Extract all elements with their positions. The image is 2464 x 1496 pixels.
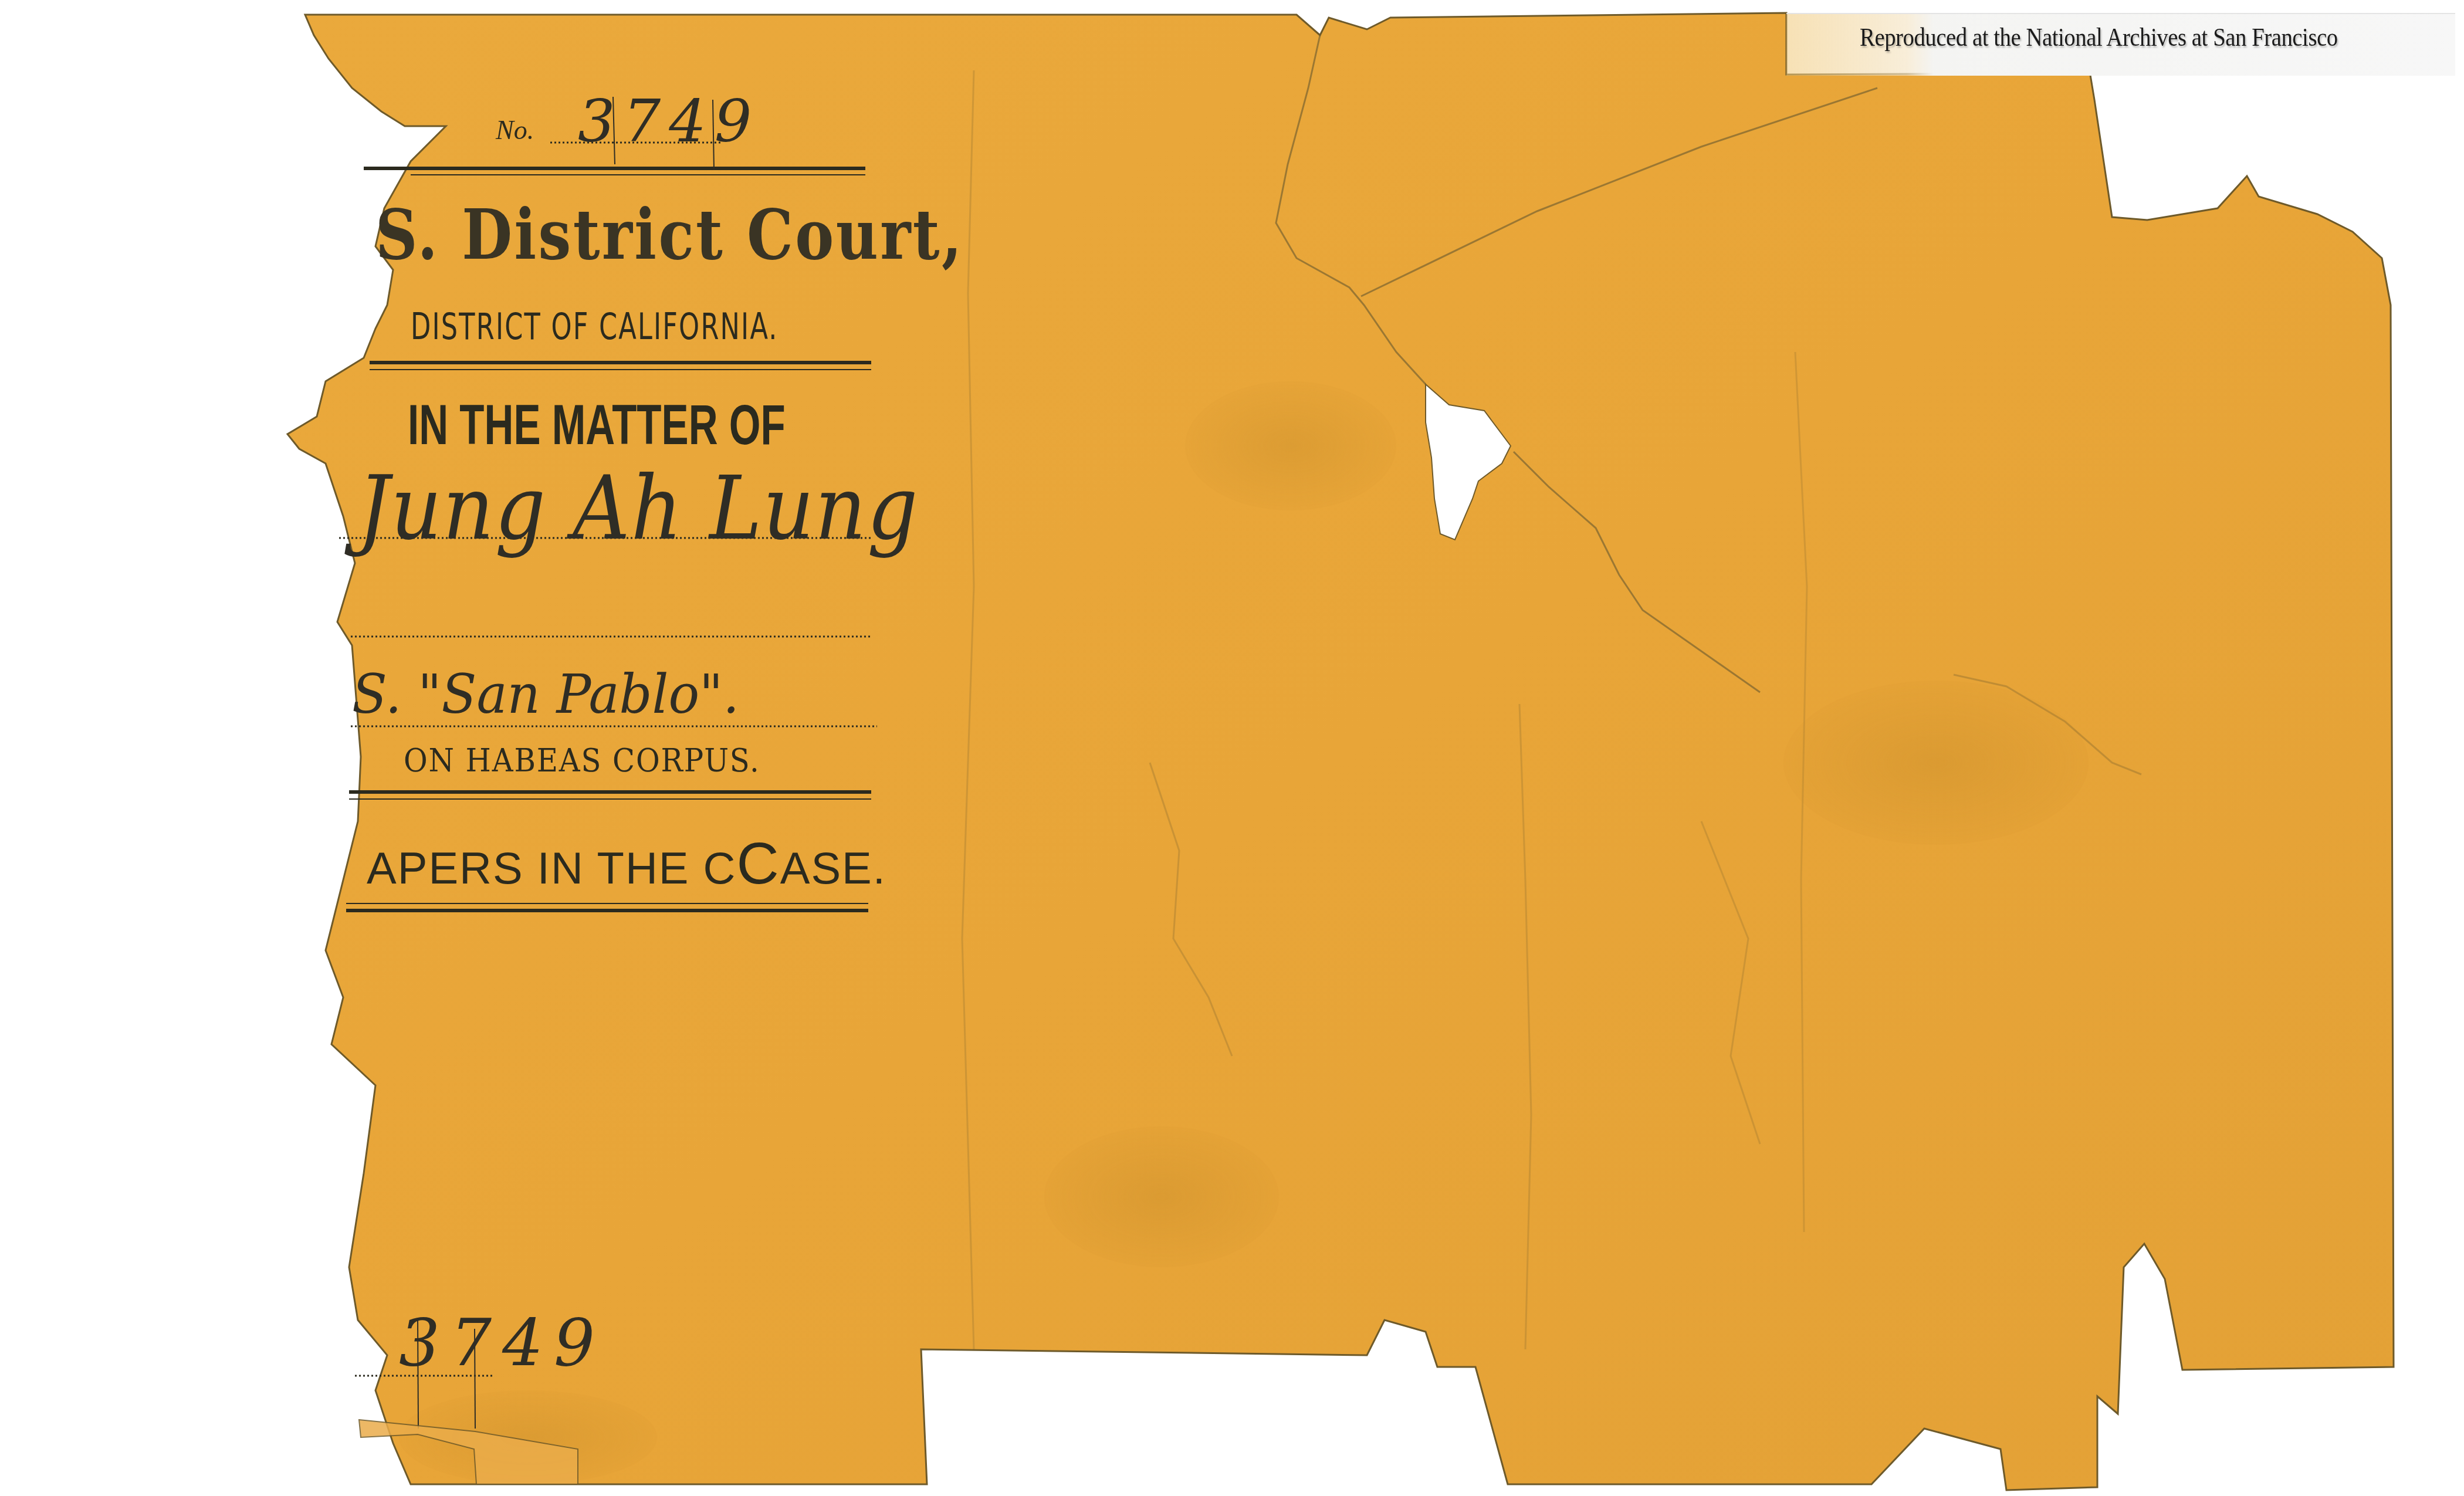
case-number-handwritten-top: 3749 xyxy=(578,87,760,155)
court-district: DISTRICT OF CALIFORNIA. xyxy=(411,305,779,348)
proceeding-type: ON HABEAS CORPUS. xyxy=(404,742,760,779)
papers-title-text: APERS IN THE CCASE. xyxy=(367,844,886,893)
petitioner-name: Jung Ah Lung xyxy=(358,458,919,560)
case-file-folder: Reproduced at the National Archives at S… xyxy=(0,0,2464,1496)
vessel-name: S. "San Pablo". xyxy=(352,663,739,726)
archive-stamp: Reproduced at the National Archives at S… xyxy=(1786,13,2455,76)
archive-stamp-text: Reproduced at the National Archives at S… xyxy=(1860,22,2338,52)
papers-title: APERS IN THE CCASE. xyxy=(367,830,886,898)
matter-heading: IN THE MATTER OF xyxy=(408,393,786,458)
case-number-prefix: No. xyxy=(496,114,534,145)
case-number-handwritten-bottom: 3749 xyxy=(399,1305,605,1380)
papers-title-initial: C xyxy=(737,831,780,896)
court-name: S. District Court, xyxy=(375,194,964,275)
torn-paper-sheet xyxy=(0,0,2464,1496)
